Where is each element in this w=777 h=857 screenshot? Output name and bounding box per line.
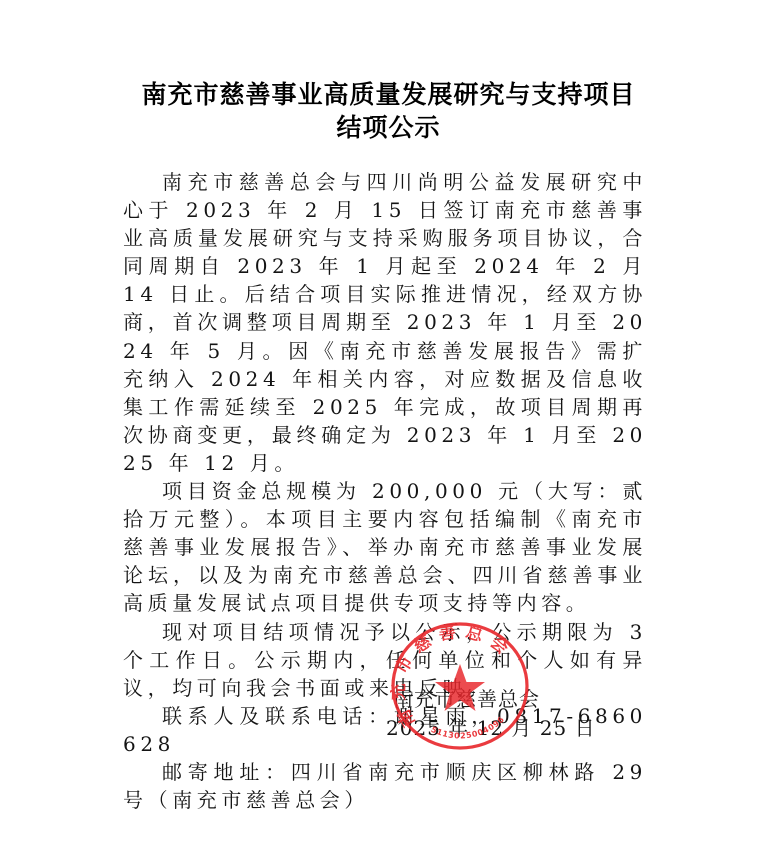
stamp-code-text: 5113025004096 xyxy=(430,715,507,741)
document-page: 南充市慈善事业高质量发展研究与支持项目 结项公示 南充市慈善总会与四川尚明公益发… xyxy=(0,0,777,857)
title-line-1: 南充市慈善事业高质量发展研究与支持项目 xyxy=(0,78,777,111)
document-title: 南充市慈善事业高质量发展研究与支持项目 结项公示 xyxy=(0,78,777,144)
paragraph-public-notice: 现对项目结项情况予以公示，公示期限为 3 个工作日。公示期内，任何单位和个人如有… xyxy=(123,618,647,702)
paragraph-project-funding: 项目资金总规模为 200,000 元（大写：贰拾万元整）。本项目主要内容包括编制… xyxy=(123,477,647,617)
paragraph-mailing-address: 邮寄地址：四川省南充市顺庆区柳林路 29 号（南充市慈善总会） xyxy=(123,758,647,814)
official-seal-stamp: 南充市慈善总会 5113025004096 xyxy=(390,620,530,752)
stamp-ring-text: 南充市慈善总会 xyxy=(390,621,518,731)
title-line-2: 结项公示 xyxy=(0,111,777,144)
paragraph-project-period: 南充市慈善总会与四川尚明公益发展研究中心于 2023 年 2 月 15 日签订南… xyxy=(123,168,647,477)
star-icon xyxy=(435,664,485,711)
